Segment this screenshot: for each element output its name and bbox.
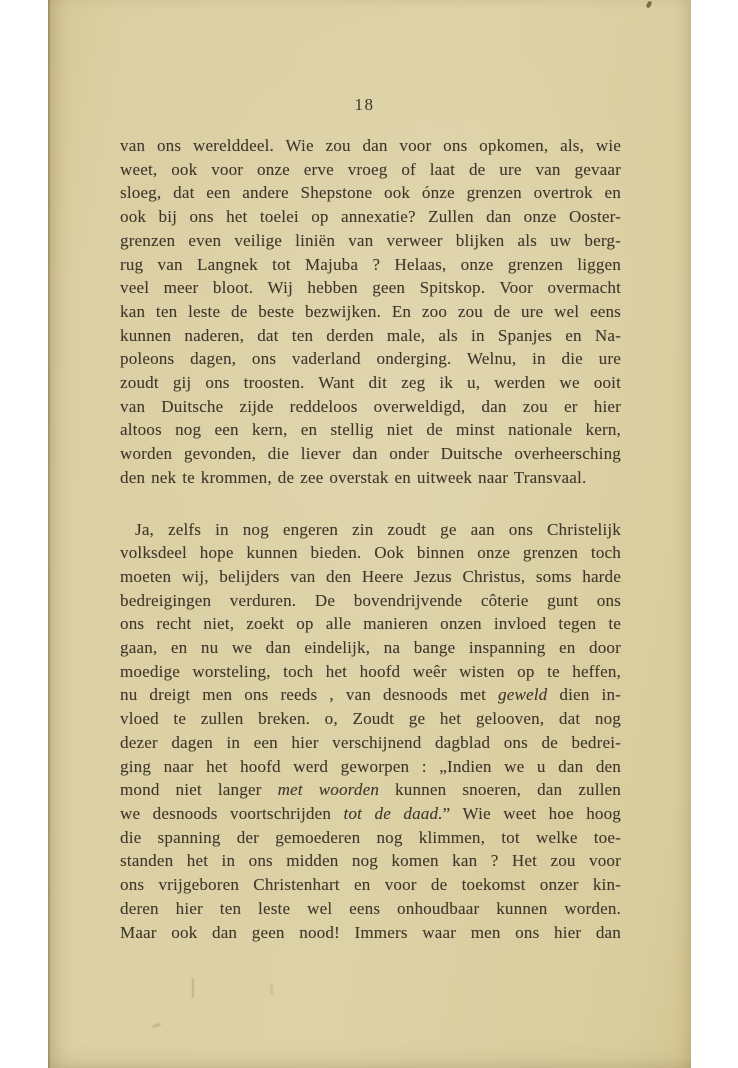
text-segment: gaan, en nu we dan eindelijk, na bange i…: [120, 638, 621, 657]
text-line: van ons werelddeel. Wie zou dan voor ons…: [120, 134, 621, 158]
text-line: poleons dagen, ons vaderland onderging. …: [120, 347, 621, 371]
text-line: rug van Langnek tot Majuba ? Helaas, onz…: [120, 253, 621, 277]
text-line: van Duitsche zijde reddeloos overweldigd…: [120, 395, 621, 419]
text-segment: Maar ook dan geen nood! Immers waar men …: [120, 923, 621, 942]
page-edge: [48, 0, 50, 1068]
text-line: standen het in ons midden nog komen kan …: [120, 849, 621, 873]
italic-text-segment: tot de daad.: [343, 804, 442, 823]
stain-mark: [152, 1023, 161, 1029]
text-line: dezer dagen in een hier verschijnend dag…: [120, 731, 621, 755]
text-segment: ons vrijgeboren Christenhart en voor de …: [120, 875, 621, 894]
italic-text-segment: met woorden: [278, 780, 379, 799]
text-segment: die spanning der gemoederen nog klimmen,…: [120, 828, 621, 847]
text-line: volksdeel hope kunnen bieden. Ook binnen…: [120, 541, 621, 565]
text-line: moedige worsteling, toch het hoofd weêr …: [120, 660, 621, 684]
scan-background: 18 van ons werelddeel. Wie zou dan voor …: [0, 0, 738, 1068]
text-line: gaan, en nu we dan eindelijk, na bange i…: [120, 636, 621, 660]
text-segment: kunnen naderen, dat ten derden male, als…: [120, 326, 621, 345]
text-segment: poleons dagen, ons vaderland onderging. …: [120, 349, 621, 368]
text-segment: volksdeel hope kunnen bieden. Ook binnen…: [120, 543, 621, 562]
text-segment: dezer dagen in een hier verschijnend dag…: [120, 733, 621, 752]
text-line: die spanning der gemoederen nog klimmen,…: [120, 826, 621, 850]
text-segment: vloed te zullen breken. o, Zoudt ge het …: [120, 709, 621, 728]
text-line: zoudt gij ons troosten. Want dit zeg ik …: [120, 371, 621, 395]
text-segment: den nek te krommen, de zee overstak en u…: [120, 468, 586, 487]
text-segment: van ons werelddeel. Wie zou dan voor ons…: [120, 136, 621, 155]
text-line: moeten wij, belijders van den Heere Jezu…: [120, 565, 621, 589]
text-segment: dien in-: [547, 685, 621, 704]
book-page: 18 van ons werelddeel. Wie zou dan voor …: [48, 0, 691, 1068]
page-number: 18: [114, 95, 615, 115]
text-segment: ook bij ons het toelei op annexatie? Zul…: [120, 207, 621, 226]
text-line: deren hier ten leste wel eens onhoudbaar…: [120, 897, 621, 921]
text-segment: grenzen even veilige liniën van verweer …: [120, 231, 621, 250]
text-segment: veel meer bloot. Wij hebben geen Spitsko…: [120, 278, 621, 297]
text-line: kan ten leste de beste bezwijken. En zoo…: [120, 300, 621, 324]
ink-speck: [646, 0, 653, 8]
text-line: we desnoods voortschrijden tot de daad.”…: [120, 802, 621, 826]
text-segment: zoudt gij ons troosten. Want dit zeg ik …: [120, 373, 621, 392]
text-segment: deren hier ten leste wel eens onhoudbaar…: [120, 899, 621, 918]
text-line: den nek te krommen, de zee overstak en u…: [120, 466, 621, 490]
text-line: ging naar het hoofd werd geworpen : „Ind…: [120, 755, 621, 779]
text-segment: moedige worsteling, toch het hoofd weêr …: [120, 662, 621, 681]
text-line: weet, ook voor onze erve vroeg of laat d…: [120, 158, 621, 182]
text-line: sloeg, dat een andere Shepstone ook ónze…: [120, 181, 621, 205]
text-line: ook bij ons het toelei op annexatie? Zul…: [120, 205, 621, 229]
italic-text-segment: geweld: [498, 685, 547, 704]
stain-mark: [192, 978, 194, 998]
text-line: altoos nog een kern, en stellig niet de …: [120, 418, 621, 442]
text-line: Maar ook dan geen nood! Immers waar men …: [120, 921, 621, 945]
text-segment: kan ten leste de beste bezwijken. En zoo…: [120, 302, 621, 321]
text-segment: van Duitsche zijde reddeloos overweldigd…: [120, 397, 621, 416]
text-line: mond niet langer met woorden kunnen snoe…: [120, 778, 621, 802]
text-segment: ” Wie weet hoe hoog: [443, 804, 621, 823]
text-segment: rug van Langnek tot Majuba ? Helaas, onz…: [120, 255, 621, 274]
text-segment: nu dreigt men ons reeds , van desnoods m…: [120, 685, 498, 704]
text-line: veel meer bloot. Wij hebben geen Spitsko…: [120, 276, 621, 300]
text-segment: bedreigingen verduren. De bovendrijvende…: [120, 591, 621, 610]
text-line: Ja, zelfs in nog engeren zin zoudt ge aa…: [120, 518, 621, 542]
text-line: bedreigingen verduren. De bovendrijvende…: [120, 589, 621, 613]
text-segment: mond niet langer: [120, 780, 278, 799]
text-segment: weet, ook voor onze erve vroeg of laat d…: [120, 160, 621, 179]
text-line: ons recht niet, zoekt op alle manieren o…: [120, 612, 621, 636]
text-segment: ons recht niet, zoekt op alle manieren o…: [120, 614, 621, 633]
text-line: kunnen naderen, dat ten derden male, als…: [120, 324, 621, 348]
text-segment: sloeg, dat een andere Shepstone ook ónze…: [120, 183, 621, 202]
text-segment: altoos nog een kern, en stellig niet de …: [120, 420, 621, 439]
text-segment: worden gevonden, die liever dan onder Du…: [120, 444, 621, 463]
text-segment: kunnen snoeren, dan zullen: [379, 780, 621, 799]
text-line: nu dreigt men ons reeds , van desnoods m…: [120, 683, 621, 707]
text-segment: Ja, zelfs in nog engeren zin zoudt ge aa…: [135, 520, 621, 539]
text-block: van ons werelddeel. Wie zou dan voor ons…: [120, 134, 621, 944]
text-segment: we desnoods voortschrijden: [120, 804, 343, 823]
paragraph: van ons werelddeel. Wie zou dan voor ons…: [120, 134, 621, 490]
text-segment: ging naar het hoofd werd geworpen : „Ind…: [120, 757, 621, 776]
text-segment: standen het in ons midden nog komen kan …: [120, 851, 621, 870]
text-line: grenzen even veilige liniën van verweer …: [120, 229, 621, 253]
text-line: ons vrijgeboren Christenhart en voor de …: [120, 873, 621, 897]
paragraph: Ja, zelfs in nog engeren zin zoudt ge aa…: [120, 518, 621, 945]
text-line: vloed te zullen breken. o, Zoudt ge het …: [120, 707, 621, 731]
stain-mark: [270, 984, 273, 995]
text-line: worden gevonden, die liever dan onder Du…: [120, 442, 621, 466]
text-segment: moeten wij, belijders van den Heere Jezu…: [120, 567, 621, 586]
